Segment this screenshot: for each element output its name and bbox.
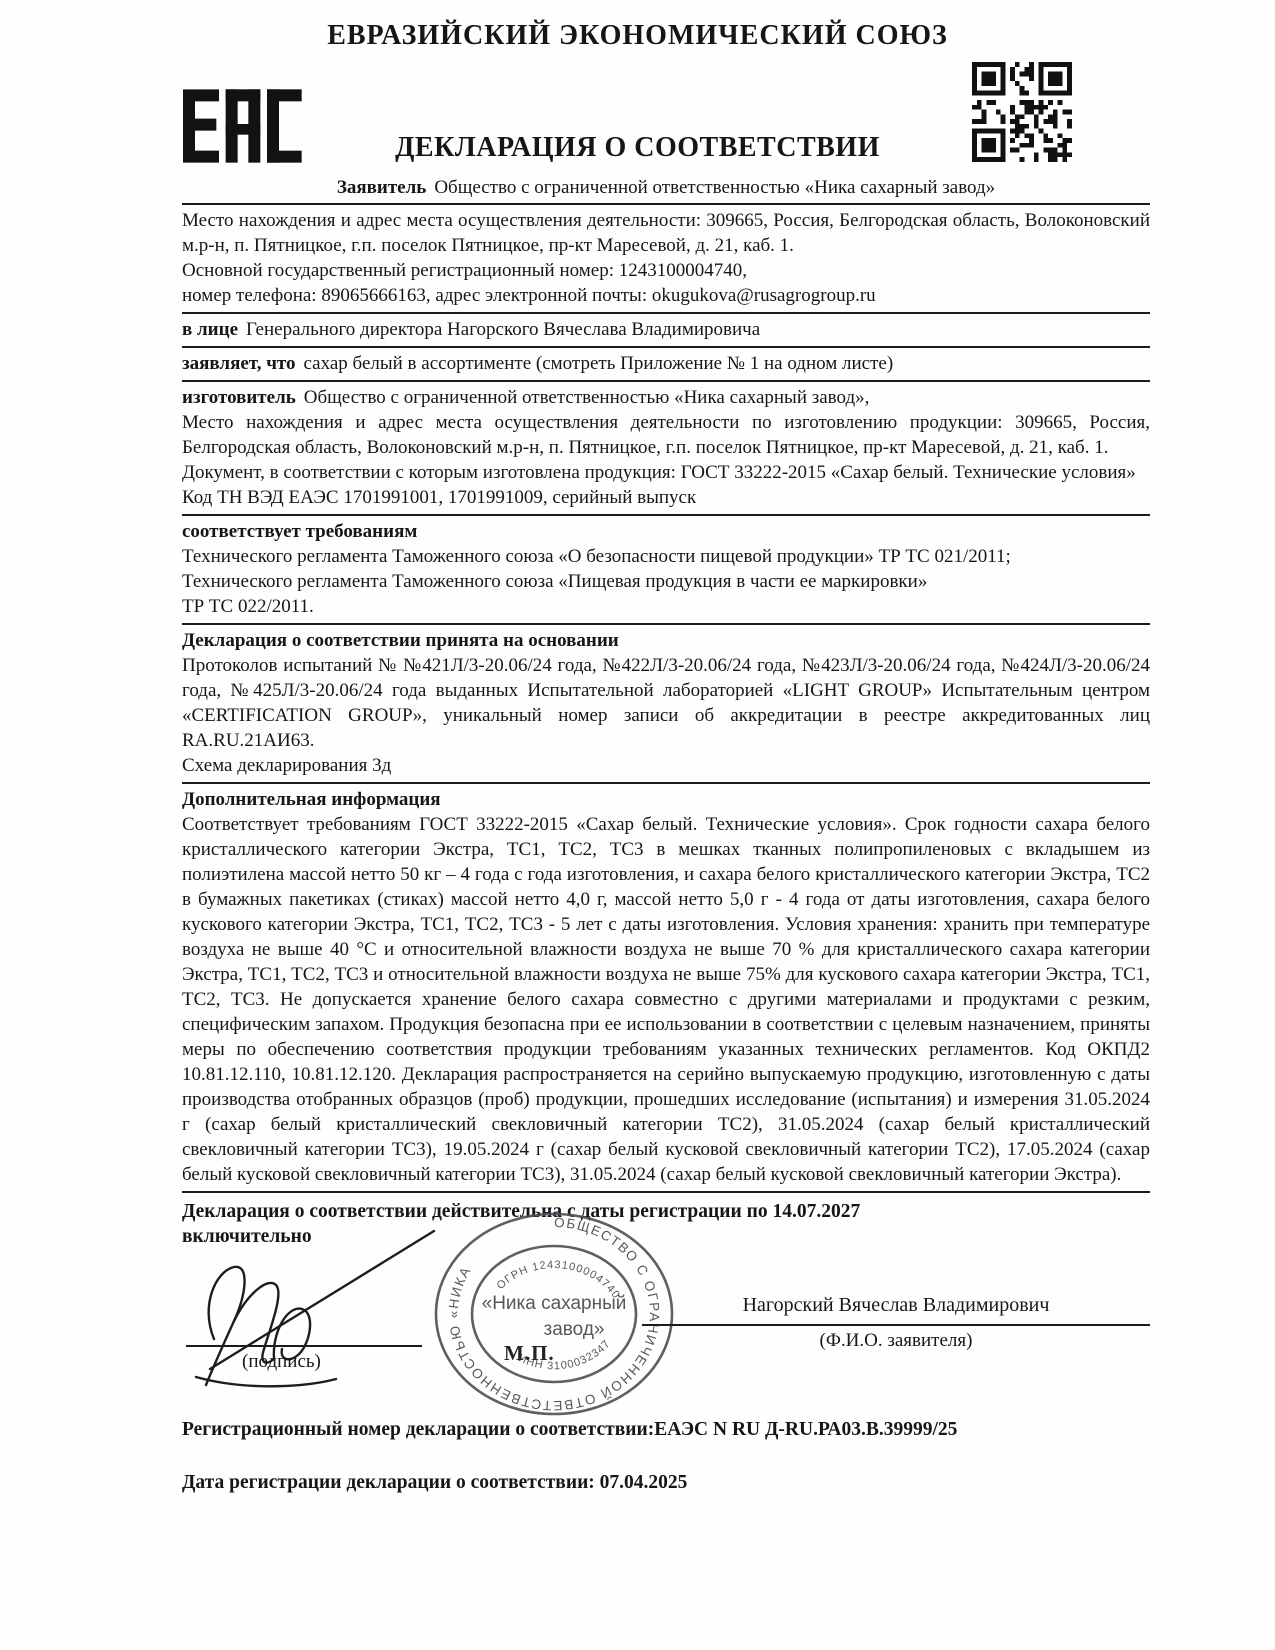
applicant-line: ЗаявительОбщество с ограниченной ответст… — [182, 177, 1150, 199]
compliance-heading: соответствует требованиям — [182, 519, 1150, 544]
in-person-section: в лицеГенерального директора Нагорского … — [182, 314, 1150, 348]
basis-section: Декларация о соответствии принята на осн… — [182, 625, 1150, 784]
basis-text: Протоколов испытаний № №421Л/3-20.06/24 … — [182, 653, 1150, 753]
signature-caption: (подпись) — [242, 1349, 321, 1374]
additional-info-heading: Дополнительная информация — [182, 787, 1150, 812]
union-title: ЕВРАЗИЙСКИЙ ЭКОНОМИЧЕСКИЙ СОЮЗ — [0, 20, 1275, 52]
declarant-fio: Нагорский Вячеслав Владимирович — [642, 1293, 1150, 1324]
fio-block: Нагорский Вячеслав Владимирович (Ф.И.О. … — [642, 1293, 1150, 1353]
compliance-reg-1: Технического регламента Таможенного союз… — [182, 544, 1150, 569]
manufacturer-name-line: изготовительОбщество с ограниченной отве… — [182, 385, 1150, 410]
manufacturer-name: Общество с ограниченной ответственностью… — [304, 387, 870, 408]
additional-info-section: Дополнительная информация Соответствует … — [182, 784, 1150, 1193]
signature-handwriting — [176, 1209, 456, 1406]
stamp-center-line-1: «Ника сахарный — [482, 1293, 627, 1314]
additional-info-text: Соответствует требованиям ГОСТ 33222-201… — [182, 812, 1150, 1187]
stamp-mp-mark: М.П. — [504, 1341, 555, 1366]
document-title: ДЕКЛАРАЦИЯ О СООТВЕТСТВИИ — [0, 132, 1275, 164]
in-person-label: в лице — [182, 319, 238, 340]
basis-scheme: Схема декларирования 3д — [182, 753, 1150, 778]
applicant-label: Заявитель — [337, 177, 427, 198]
declares-label: заявляет, что — [182, 353, 296, 374]
manufacturer-address: Место нахождения и адрес места осуществл… — [182, 410, 1150, 460]
eac-mark-icon — [183, 72, 303, 185]
applicant-address: Место нахождения и адрес места осуществл… — [182, 208, 1150, 258]
declares-section: заявляет, чтосахар белый в ассортименте … — [182, 348, 1150, 382]
signature-block: (подпись) ОБЩЕСТВО С ОГРАНИЧЕННОЙ ОТ — [182, 1253, 1150, 1403]
applicant-name: Общество с ограниченной ответственностью… — [434, 177, 995, 198]
fio-caption: (Ф.И.О. заявителя) — [642, 1326, 1150, 1353]
applicant-ogrn: Основной государственный регистрационный… — [182, 258, 1150, 283]
signature-line — [186, 1345, 422, 1347]
registration-date-line: Дата регистрации декларации о соответств… — [182, 1470, 1150, 1495]
manufacturer-tnved: Код ТН ВЭД ЕАЭС 1701991001, 1701991009, … — [182, 485, 1150, 510]
declaration-page: ЕВРАЗИЙСКИЙ ЭКОНОМИЧЕСКИЙ СОЮЗ ДЕКЛАРАЦИ… — [0, 0, 1275, 1650]
applicant-contacts: номер телефона: 89065666163, адрес элект… — [182, 283, 1150, 308]
manufacturer-section: изготовительОбщество с ограниченной отве… — [182, 382, 1150, 516]
manufacturer-label: изготовитель — [182, 387, 296, 408]
stamp-center-line-2: завод» — [544, 1319, 605, 1340]
applicant-details-section: Место нахождения и адрес места осуществл… — [182, 203, 1150, 314]
basis-heading: Декларация о соответствии принята на осн… — [182, 628, 1150, 653]
compliance-section: соответствует требованиям Технического р… — [182, 516, 1150, 625]
in-person-text: Генерального директора Нагорского Вячесл… — [246, 319, 760, 340]
manufacturer-document: Документ, в соответствии с которым изгот… — [182, 460, 1150, 485]
compliance-reg-2: Технического регламента Таможенного союз… — [182, 569, 1150, 594]
compliance-reg-3: ТР ТС 022/2011. — [182, 594, 1150, 619]
declares-text: сахар белый в ассортименте (смотреть При… — [304, 353, 894, 374]
document-body: Место нахождения и адрес места осуществл… — [182, 203, 1150, 1495]
